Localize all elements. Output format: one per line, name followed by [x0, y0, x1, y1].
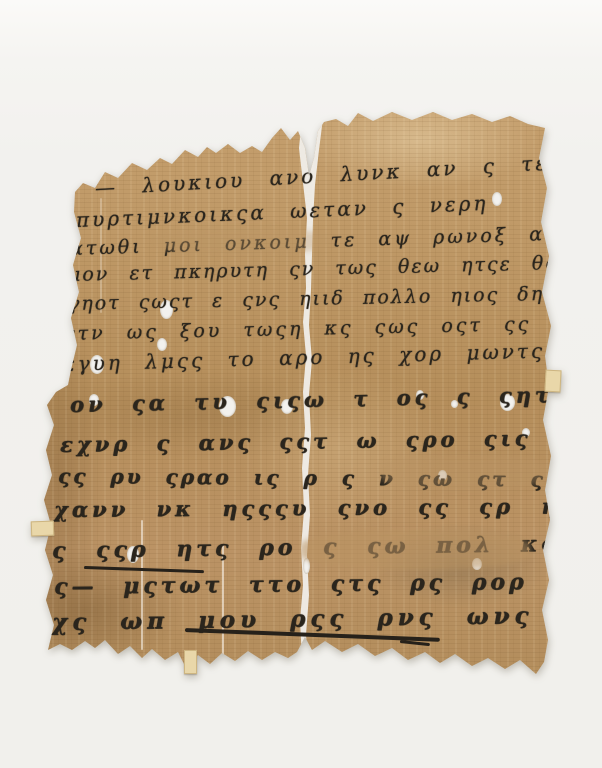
repair-tab [31, 521, 55, 537]
papyrus-sheet: — λουκιου ανο λυνκ αν ς τεςη πυρτιμνκοικ… [0, 0, 602, 768]
manuscript-line: χανν νκ ηςςςυ ςνο ςς ςρ ης [54, 493, 577, 522]
abrasion-patch [380, 455, 550, 490]
abrasion-patch [150, 228, 330, 254]
abrasion-patch [300, 530, 530, 570]
manuscript-line: γηοτ ςωςτ ε ςνς ηιιδ πολλο ηιος δηιν ςως [68, 281, 602, 315]
repair-tab [184, 650, 197, 674]
crease-line [222, 545, 224, 657]
repair-tab [544, 370, 561, 393]
manuscript-line: — λουκιου ανο λυνκ αν ς τεςη [94, 149, 578, 200]
papyrus-photograph: — λουκιου ανο λυνκ αν ς τεςη πυρτιμνκοικ… [0, 0, 602, 768]
manuscript-line: ς— μςτωτ ττο ςτς ρς ρορ τω ους ις [54, 567, 602, 600]
manuscript-line: εχνρ ς ανς ςςτ ω ςρο ςις α ςνς ω [60, 423, 602, 457]
papyrus-fragment-group: — λουκιου ανο λυνκ αν ς τεςη πυρτιμνκοικ… [0, 0, 602, 768]
manuscript-line: ον ςα τυ ςιςω τ ος ς ςητε ςον ςς [70, 379, 602, 417]
manuscript-line: χς ωπ μου ρςς ρνς ωνς [52, 602, 534, 636]
hole [492, 192, 502, 206]
